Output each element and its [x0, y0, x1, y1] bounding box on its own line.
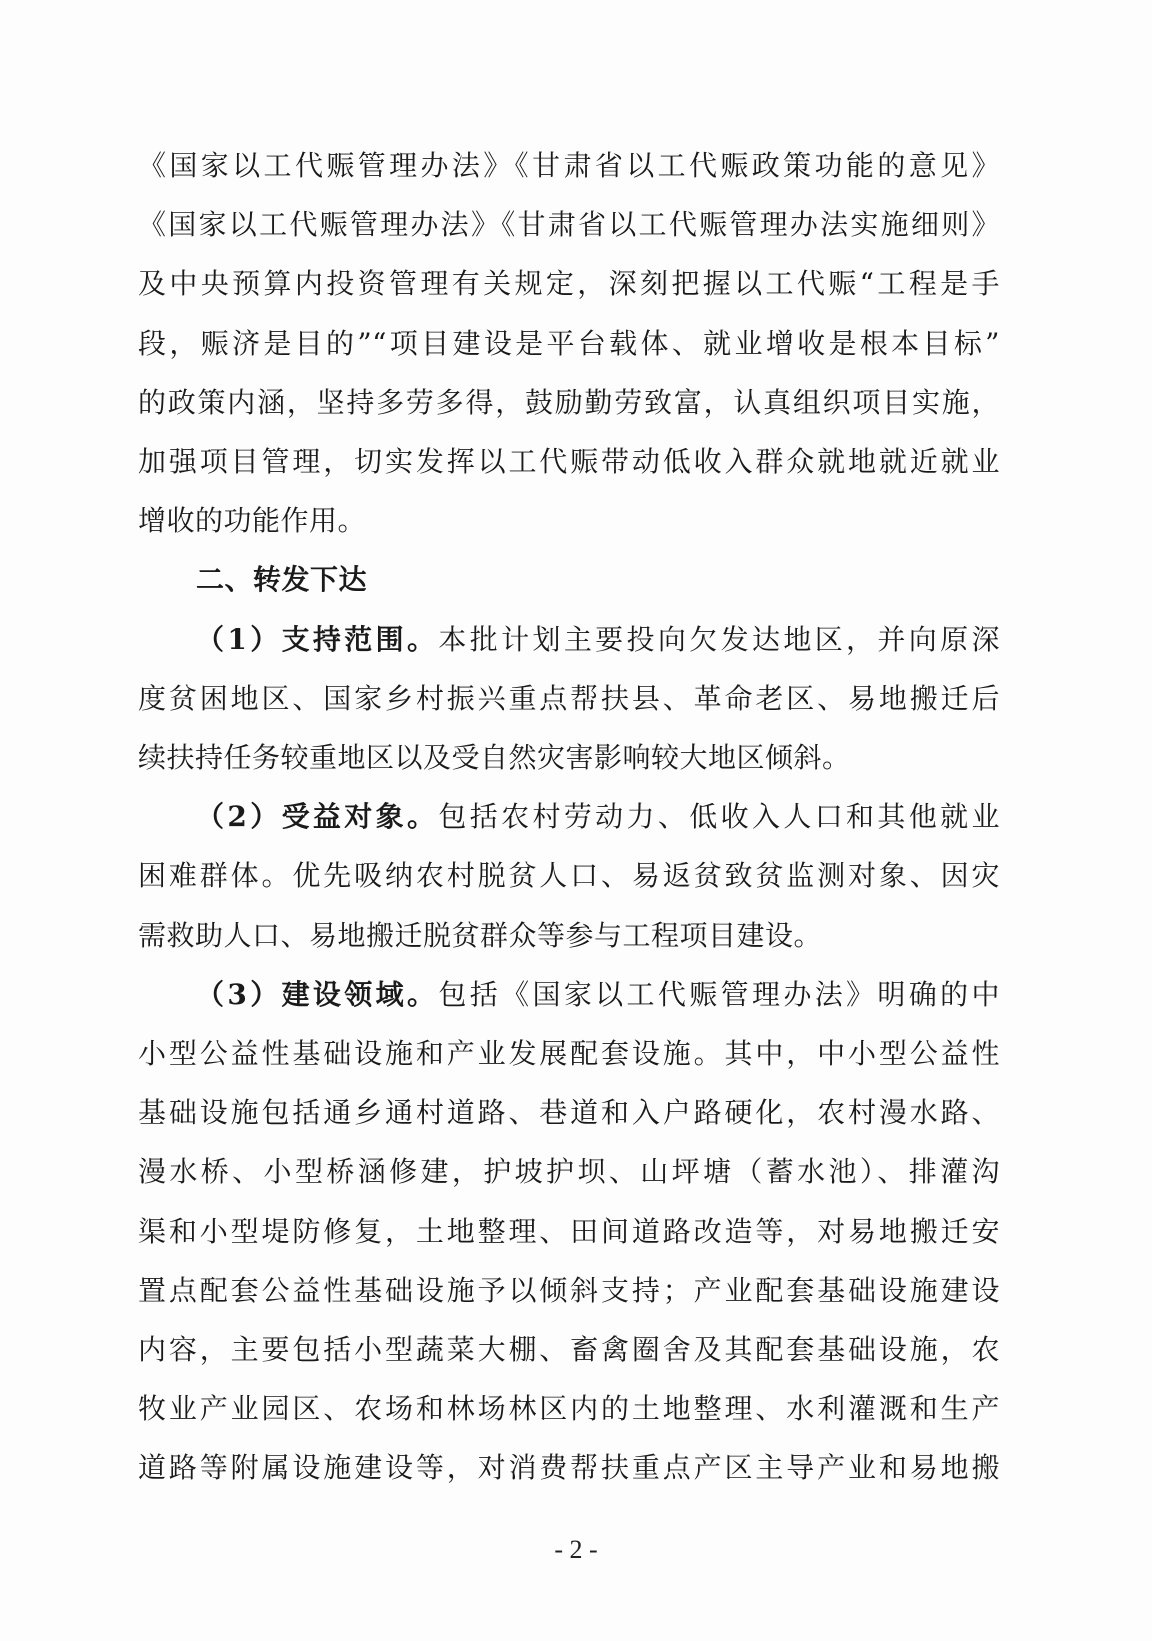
text-line: 内容，主要包括小型蔬菜大棚、畜禽圈舍及其配套基础设施，农	[138, 1320, 1000, 1379]
text-line: 的政策内涵，坚持多劳多得，鼓励勤劳致富，认真组织项目实施，	[138, 373, 1000, 432]
item-first-line: （1）支持范围。本批计划主要投向欠发达地区，并向原深	[138, 610, 1000, 669]
text-line: 续扶持任务较重地区以及受自然灾害影响较大地区倾斜。	[138, 728, 1000, 787]
section-heading: 二、转发下达	[138, 550, 1000, 609]
text-line: 增收的功能作用。	[138, 491, 1000, 550]
text-line: 漫水桥、小型桥涵修建，护坡护坝、山坪塘（蓄水池）、排灌沟	[138, 1142, 1000, 1201]
item-label: （3）建设领域。	[196, 978, 438, 1011]
body-text: 《国家以工代赈管理办法》《甘肃省以工代赈政策功能的意见》 《国家以工代赈管理办法…	[138, 136, 1000, 1498]
item-text: 包括农村劳动力、低收入人口和其他就业	[438, 800, 1000, 833]
page-number: - 2 -	[0, 1535, 1152, 1565]
text-line: 《国家以工代赈管理办法》《甘肃省以工代赈管理办法实施细则》	[138, 195, 1000, 254]
text-line: 小型公益性基础设施和产业发展配套设施。其中，中小型公益性	[138, 1024, 1000, 1083]
item-first-line: （3）建设领域。包括《国家以工代赈管理办法》明确的中	[138, 965, 1000, 1024]
text-line: 需救助人口、易地搬迁脱贫群众等参与工程项目建设。	[138, 906, 1000, 965]
text-line: 加强项目管理，切实发挥以工代赈带动低收入群众就地就近就业	[138, 432, 1000, 491]
text-line: 道路等附属设施建设等，对消费帮扶重点产区主导产业和易地搬	[138, 1438, 1000, 1497]
text-line: 困难群体。优先吸纳农村脱贫人口、易返贫致贫监测对象、因灾	[138, 846, 1000, 905]
text-line: 《国家以工代赈管理办法》《甘肃省以工代赈政策功能的意见》	[138, 136, 1000, 195]
item-label: （2）受益对象。	[196, 800, 438, 833]
item-first-line: （2）受益对象。包括农村劳动力、低收入人口和其他就业	[138, 787, 1000, 846]
text-line: 基础设施包括通乡通村道路、巷道和入户路硬化，农村漫水路、	[138, 1083, 1000, 1142]
document-page: 《国家以工代赈管理办法》《甘肃省以工代赈政策功能的意见》 《国家以工代赈管理办法…	[0, 0, 1152, 1641]
item-label: （1）支持范围。	[196, 623, 438, 656]
item-text: 本批计划主要投向欠发达地区，并向原深	[438, 623, 1000, 656]
text-line: 牧业产业园区、农场和林场林区内的土地整理、水利灌溉和生产	[138, 1379, 1000, 1438]
text-line: 及中央预算内投资管理有关规定，深刻把握以工代赈“工程是手	[138, 254, 1000, 313]
text-line: 度贫困地区、国家乡村振兴重点帮扶县、革命老区、易地搬迁后	[138, 669, 1000, 728]
text-line: 渠和小型堤防修复，土地整理、田间道路改造等，对易地搬迁安	[138, 1202, 1000, 1261]
text-line: 段，赈济是目的”“项目建设是平台载体、就业增收是根本目标”	[138, 314, 1000, 373]
text-line: 置点配套公益性基础设施予以倾斜支持；产业配套基础设施建设	[138, 1261, 1000, 1320]
item-text: 包括《国家以工代赈管理办法》明确的中	[438, 978, 1000, 1011]
